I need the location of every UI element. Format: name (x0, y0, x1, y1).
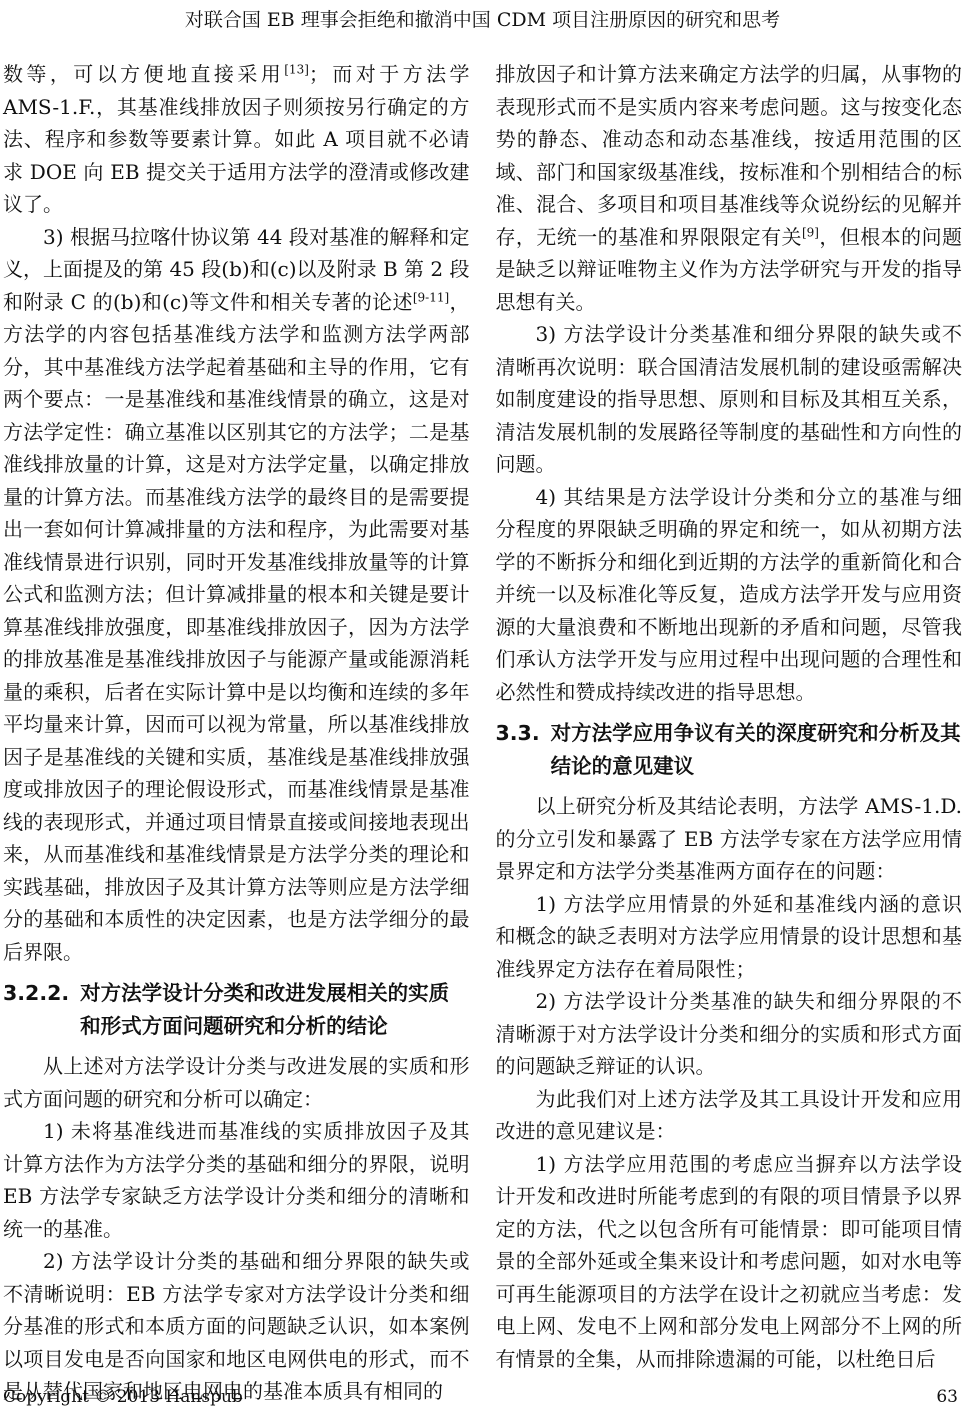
paper-page: 对联合国 EB 理事会拒绝和撤消中国 CDM 项目注册原因的研究和思考 数等，可… (0, 0, 964, 1414)
copyright-notice: Copyright © 2013 Hanspub (3, 1386, 243, 1408)
two-column-body: 数等，可以方便地直接采用[13]；而对于方法学 AMS-1.F.，其基准线排放因… (3, 58, 962, 1408)
paragraph: 排放因子和计算方法来确定方法学的归属，从事物的表现形式而不是实质内容来考虑问题。… (496, 58, 963, 318)
section-title: 对方法学设计分类和改进发展相关的实质和形式方面问题研究和分析的结论 (80, 977, 469, 1043)
paragraph: 1) 方法学应用情景的外延和基准线内涵的意识和概念的缺乏表明对方法学应用情景的设… (496, 888, 963, 986)
citation-ref: [13] (284, 62, 309, 76)
page-footer: Copyright © 2013 Hanspub 63 (3, 1386, 958, 1408)
paragraph: 1) 未将基准线进而基准线的实质排放因子及其计算方法作为方法学分类的基础和细分的… (3, 1115, 470, 1245)
paragraph: 从上述对方法学设计分类与改进发展的实质和形式方面问题的研究和分析可以确定： (3, 1050, 470, 1115)
paragraph: 4) 其结果是方法学设计分类和分立的基准与细分程度的界限缺乏明确的界定和统一，如… (496, 481, 963, 709)
section-title: 对方法学应用争议有关的深度研究和分析及其结论的意见建议 (551, 717, 962, 783)
section-number: 3.2.2. (3, 977, 69, 1043)
paragraph: 3) 根据马拉喀什协议第 44 段对基准的解释和定义，上面提及的第 45 段(b… (3, 221, 470, 969)
paragraph: 2) 方法学设计分类基准的缺失和细分界限的不清晰源于对方法学设计分类和细分的实质… (496, 985, 963, 1083)
section-number: 3.3. (496, 717, 540, 783)
page-number: 63 (936, 1386, 958, 1408)
paragraph: 2) 方法学设计分类的基础和细分界限的缺失或不清晰说明：EB 方法学专家对方法学… (3, 1245, 470, 1408)
paragraph: 3) 方法学设计分类基准和细分界限的缺失或不清晰再次说明：联合国清洁发展机制的建… (496, 318, 963, 481)
citation-ref: [9-11] (413, 290, 449, 304)
section-heading: 3.2.2.对方法学设计分类和改进发展相关的实质和形式方面问题研究和分析的结论 (3, 977, 470, 1043)
right-column: 排放因子和计算方法来确定方法学的归属，从事物的表现形式而不是实质内容来考虑问题。… (496, 58, 963, 1408)
paragraph: 以上研究分析及其结论表明，方法学 AMS-1.D.的分立引发和暴露了 EB 方法… (496, 790, 963, 888)
left-column: 数等，可以方便地直接采用[13]；而对于方法学 AMS-1.F.，其基准线排放因… (3, 58, 470, 1408)
citation-ref: [9] (802, 225, 819, 239)
paragraph: 数等，可以方便地直接采用[13]；而对于方法学 AMS-1.F.，其基准线排放因… (3, 58, 470, 221)
section-heading: 3.3.对方法学应用争议有关的深度研究和分析及其结论的意见建议 (496, 717, 963, 783)
paragraph: 为此我们对上述方法学及其工具设计开发和应用改进的意见建议是： (496, 1083, 963, 1148)
paragraph: 1) 方法学应用范围的考虑应当摒弃以方法学设计开发和改进时所能考虑到的有限的项目… (496, 1148, 963, 1376)
running-head-title: 对联合国 EB 理事会拒绝和撤消中国 CDM 项目注册原因的研究和思考 (3, 8, 962, 32)
